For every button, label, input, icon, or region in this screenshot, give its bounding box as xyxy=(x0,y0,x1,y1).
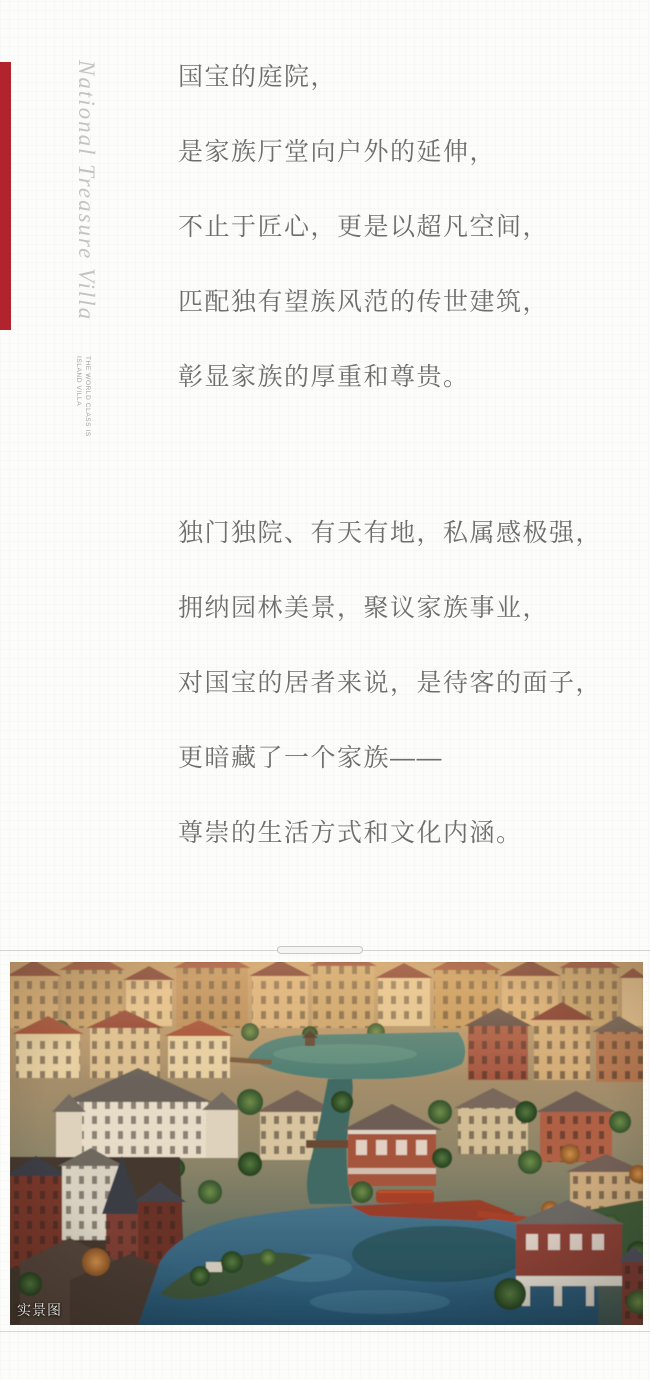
paragraph-2: 独门独院、有天有地，私属感极强， 拥纳园林美景，聚议家族事业， 对国宝的居者来说… xyxy=(178,496,602,871)
body-text-line: 国宝的庭院， xyxy=(178,40,549,115)
body-text-line: 尊崇的生活方式和文化内涵。 xyxy=(178,796,602,871)
divider-rule-bottom xyxy=(0,1331,650,1332)
tagline-line-1: THE WORLD CLASS IS xyxy=(83,356,92,430)
script-title: National Treasure Villa xyxy=(65,60,99,334)
tagline-line-2: ISLAND VILLA xyxy=(74,356,83,430)
article-page: National Treasure Villa THE WORLD CLASS … xyxy=(0,0,650,1379)
body-text-line: 匹配独有望族风范的传世建筑， xyxy=(178,265,549,340)
aerial-villa-photo[interactable]: 实景图 xyxy=(10,962,643,1325)
aerial-photo-illustration xyxy=(10,962,643,1325)
body-text-line: 拥纳园林美景，聚议家族事业， xyxy=(178,571,602,646)
body-text-line: 不止于匠心，更是以超凡空间， xyxy=(178,190,549,265)
red-accent-bar xyxy=(0,62,11,330)
divider-pill xyxy=(277,946,363,954)
body-text-line: 更暗藏了一个家族—— xyxy=(178,721,602,796)
paragraph-1: 国宝的庭院， 是家族厅堂向户外的延伸， 不止于匠心，更是以超凡空间， 匹配独有望… xyxy=(178,40,549,415)
body-text-line: 是家族厅堂向户外的延伸， xyxy=(178,115,549,190)
body-text-line: 独门独院、有天有地，私属感极强， xyxy=(178,496,602,571)
body-text-line: 对国宝的居者来说，是待客的面子， xyxy=(178,646,602,721)
photo-caption: 实景图 xyxy=(17,1300,62,1320)
body-text-line: 彰显家族的厚重和尊贵。 xyxy=(178,340,549,415)
sidebar-tagline: THE WORLD CLASS IS ISLAND VILLA xyxy=(74,356,92,430)
